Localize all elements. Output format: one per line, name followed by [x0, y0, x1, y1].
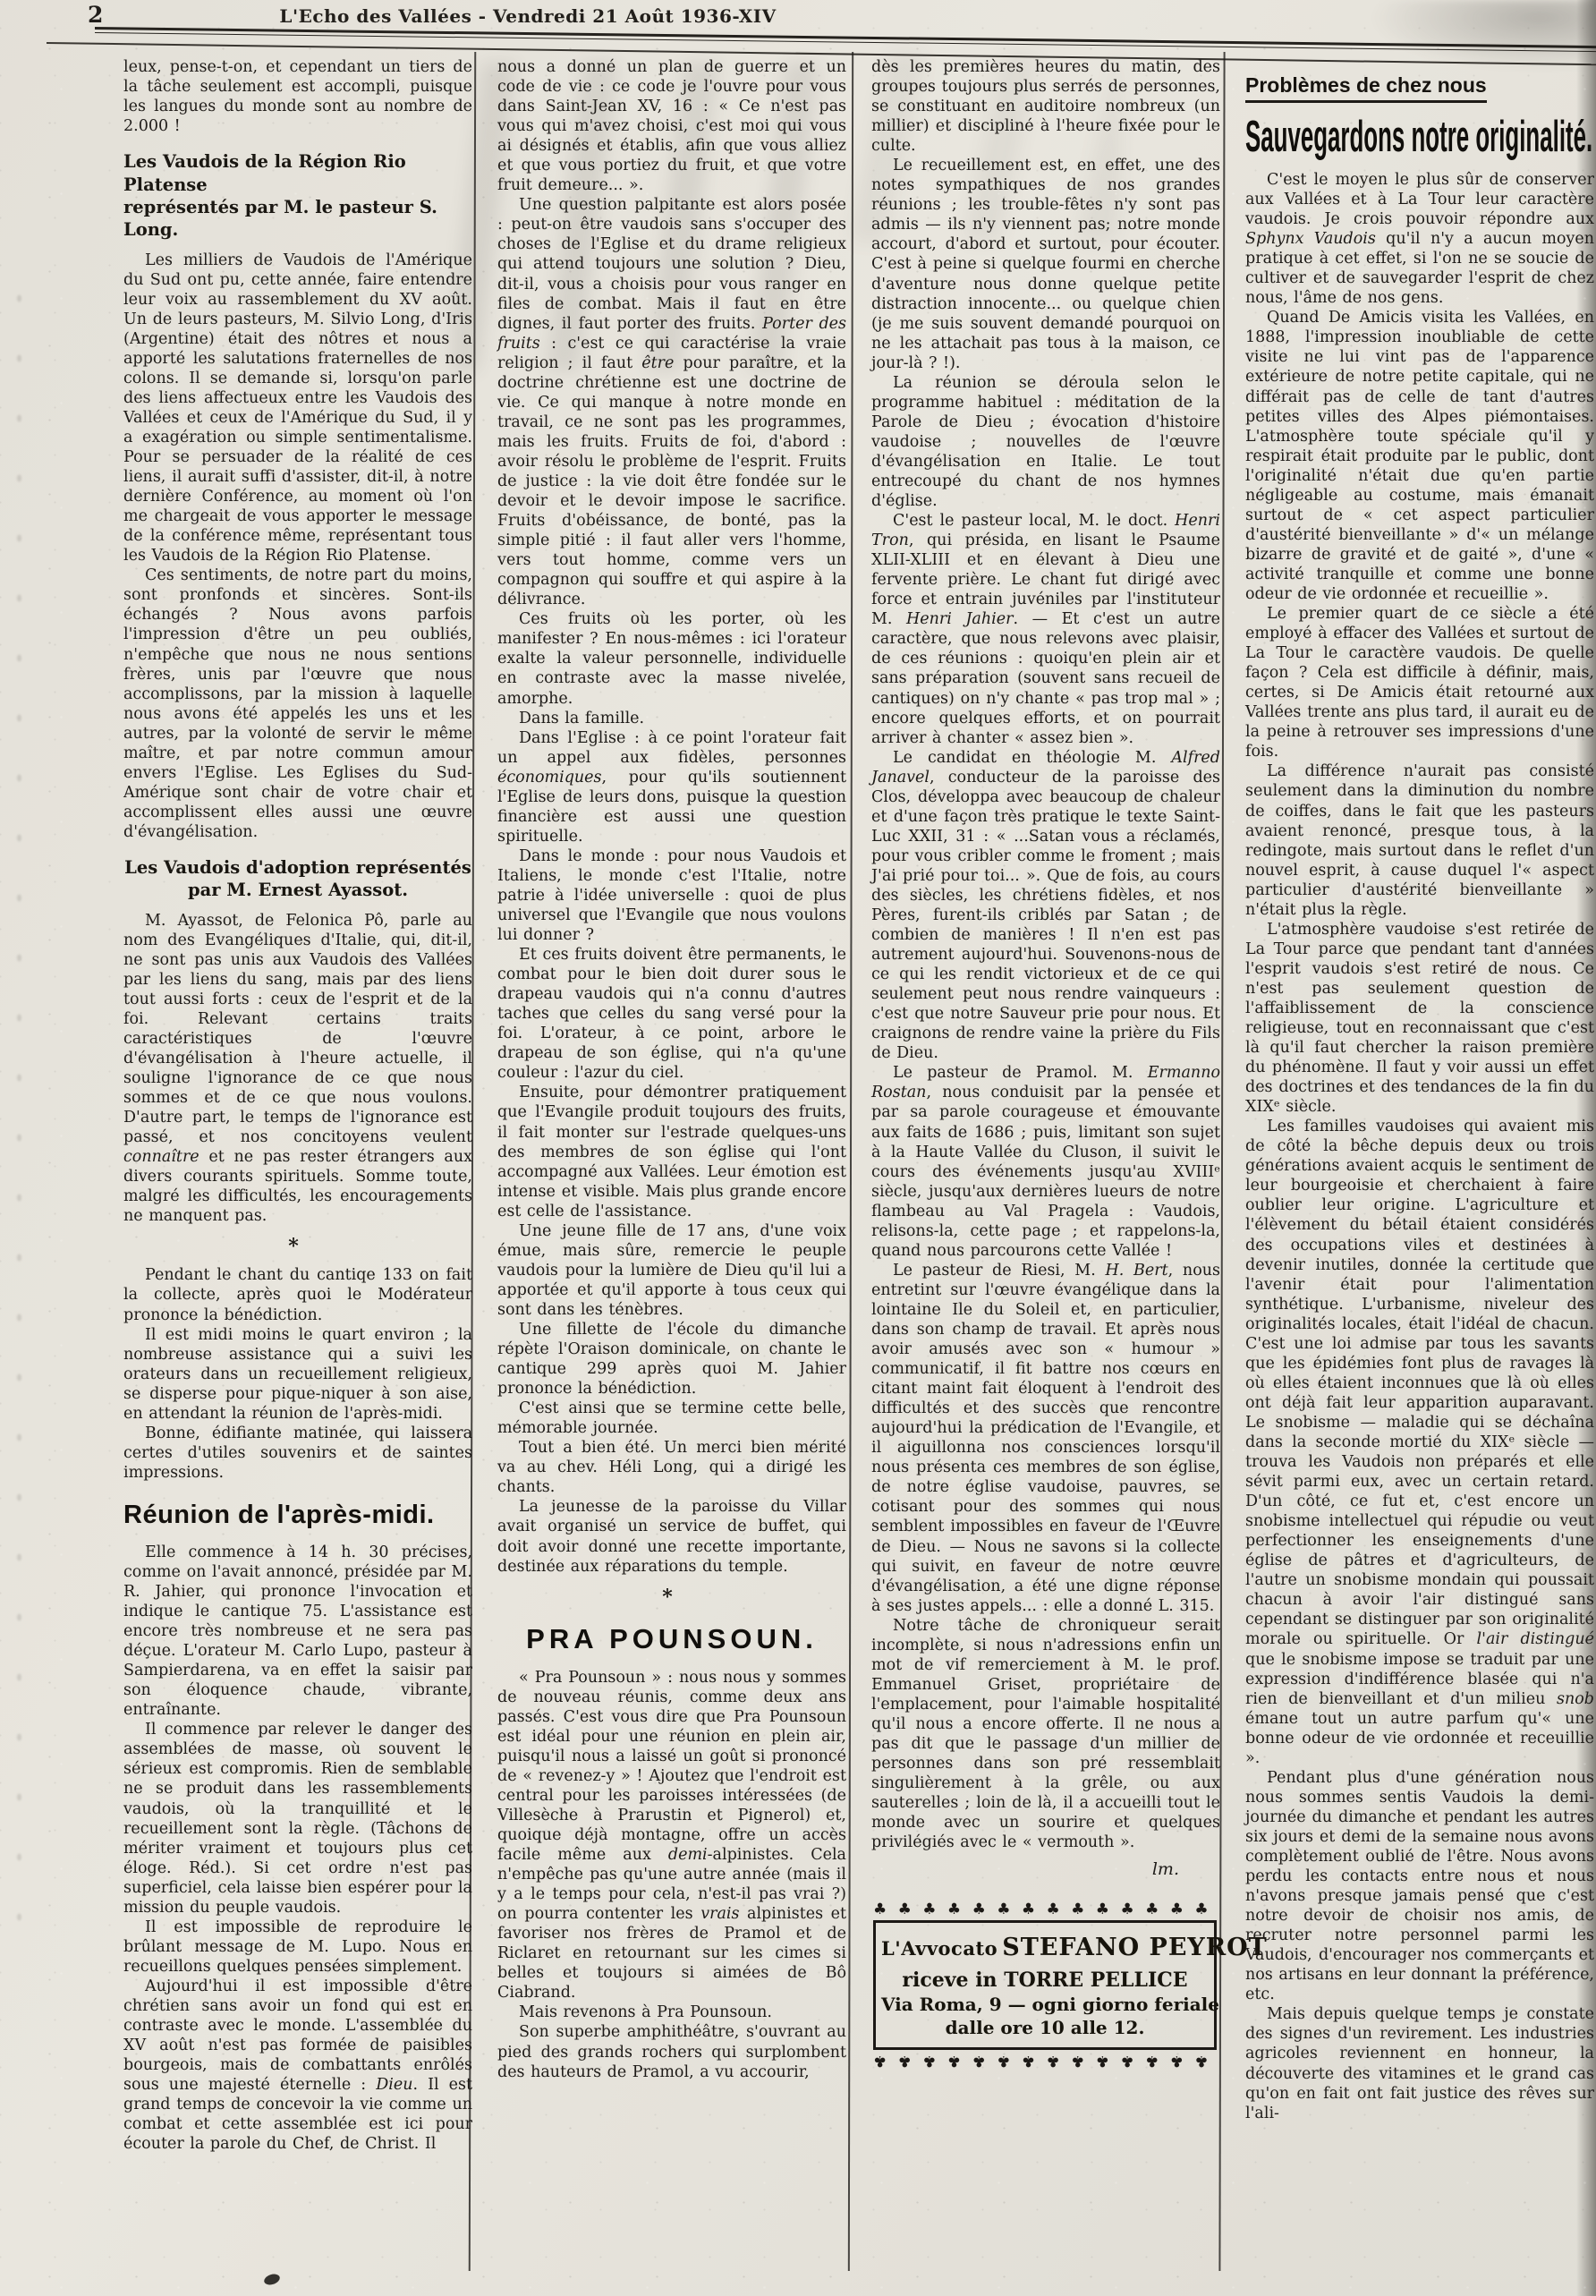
- paragraph: C'est le moyen le plus sûr de conserver …: [1245, 170, 1594, 308]
- section-heading: Les Vaudois de la Région Rio Platenserep…: [123, 150, 472, 241]
- paragraph: Les familles vaudoises qui avaient mis d…: [1245, 1117, 1594, 1768]
- paragraph: L'atmosphère vaudoise s'est retirée de L…: [1245, 920, 1594, 1117]
- paragraph: Mais revenons à Pra Pounsoun.: [497, 2003, 846, 2022]
- paragraph: Notre tâche de chroniqueur serait incomp…: [871, 1616, 1220, 1853]
- ad-title-name: STEFANO PEYROT: [1002, 1934, 1268, 1961]
- paragraph: Bonne, édifiante matinée, qui laissera c…: [123, 1424, 472, 1483]
- article-heading: Réunion de l'après-midi.: [123, 1501, 472, 1530]
- column-1: leux, pense-t-on, et cependant un tiers …: [123, 57, 472, 2154]
- paragraph: C'est ainsi que se termine cette belle, …: [497, 1399, 846, 1438]
- signature: lm.: [871, 1859, 1179, 1879]
- paragraph: leux, pense-t-on, et cependant un tiers …: [123, 57, 472, 136]
- paragraph: Tout a bien été. Un merci bien mérité va…: [497, 1438, 846, 1497]
- paragraph: dès les premières heures du matin, des g…: [871, 57, 1220, 156]
- column-2: nous a donné un plan de guerre et un cod…: [497, 57, 846, 2082]
- paragraph: Les milliers de Vaudois de l'Amérique du…: [123, 251, 472, 566]
- paragraph: Une question palpitante est alors posée …: [497, 195, 846, 609]
- paragraph: Le candidat en théologie M. Alfred Janav…: [871, 748, 1220, 1064]
- masthead-title: L'Echo des Vallées - Vendredi 21 Août 19…: [143, 5, 913, 27]
- stars-separator: *: [497, 1586, 846, 1609]
- ad-title: L'Avvocato STEFANO PEYROT: [881, 1934, 1209, 1961]
- paragraph: Elle commence à 14 h. 30 précises, comme…: [123, 1543, 472, 1720]
- paragraph: Aujourd'hui il est impossible d'être chr…: [123, 1977, 472, 2154]
- section-heading: Les Vaudois d'adoption représentéspar M.…: [123, 856, 472, 902]
- margin-speckle: [0, 268, 54, 1969]
- paragraph: Et ces fruits doivent être permanents, l…: [497, 945, 846, 1083]
- paragraph: La différence n'aurait pas consisté seul…: [1245, 761, 1594, 919]
- advertisement: ♣ ♣ ♣ ♣ ♣ ♣ ♣ ♣ ♣ ♣ ♣ ♣ ♣ ♣ ♣ ♣ ♣ ♣ ♣ L'…: [873, 1902, 1217, 2068]
- ad-line: dalle ore 10 alle 12.: [881, 2017, 1209, 2038]
- article-columns: leux, pense-t-on, et cependant un tiers …: [123, 57, 1591, 2154]
- paragraph: Il commence par relever le danger des as…: [123, 1720, 472, 1917]
- paragraph: Une fillette de l'école du dimanche répè…: [497, 1320, 846, 1399]
- paragraph: Ces sentiments, de notre part du moins, …: [123, 565, 472, 842]
- paragraph: Le pasteur de Pramol. M. Ermanno Rostan,…: [871, 1063, 1220, 1260]
- paragraph: « Pra Pounsoun » : nous nous y sommes de…: [497, 1668, 846, 2003]
- paragraph: Dans la famille.: [497, 709, 846, 728]
- ad-line: Via Roma, 9 — ogni giorno feriale: [881, 1994, 1209, 2015]
- column-4: Problèmes de chez nousSauvegardons notre…: [1245, 57, 1594, 2123]
- article-heading: PRA POUNSOUN.: [497, 1623, 846, 1655]
- paragraph: Le pasteur de Riesi, M. H. Bert, nous en…: [871, 1261, 1220, 1616]
- paragraph: Dans l'Eglise : à ce point l'orateur fai…: [497, 728, 846, 846]
- paragraph: Dans le monde : pour nous Vaudois et Ita…: [497, 846, 846, 945]
- paragraph: Ces fruits où les porter, où les manifes…: [497, 609, 846, 708]
- ad-ornament-row-icon: ♣ ♣ ♣ ♣ ♣ ♣ ♣ ♣ ♣ ♣ ♣ ♣ ♣ ♣ ♣ ♣ ♣ ♣ ♣: [873, 1902, 1217, 1918]
- paragraph: Il est midi moins le quart environ ; la …: [123, 1325, 472, 1424]
- paragraph: Il est impossible de reproduire le brûla…: [123, 1918, 472, 1977]
- ink-speck: [263, 2272, 282, 2286]
- paragraph: C'est le pasteur local, M. le doct. Henr…: [871, 511, 1220, 748]
- ad-ornament-row-icon: ♣ ♣ ♣ ♣ ♣ ♣ ♣ ♣ ♣ ♣ ♣ ♣ ♣ ♣ ♣ ♣ ♣ ♣ ♣: [873, 2053, 1217, 2068]
- kicker: Problèmes de chez nous: [1245, 73, 1594, 103]
- page-number: 2: [88, 2, 103, 28]
- ad-title-prefix: L'Avvocato: [881, 1937, 997, 1960]
- paragraph: La réunion se déroula selon le programme…: [871, 373, 1220, 511]
- paragraph: M. Ayassot, de Felonica Pô, parle au nom…: [123, 911, 472, 1227]
- paragraph: Pendant plus d'une génération nous nous …: [1245, 1768, 1594, 2005]
- paragraph: Une jeune fille de 17 ans, d'une voix ém…: [497, 1221, 846, 1320]
- paragraph: Le premier quart de ce siècle a été empl…: [1245, 604, 1594, 761]
- paragraph: nous a donné un plan de guerre et un cod…: [497, 57, 846, 195]
- paragraph: Pendant le chant du cantiqe 133 on fait …: [123, 1265, 472, 1324]
- column-3: dès les premières heures du matin, des g…: [871, 57, 1220, 2068]
- paragraph: Le recueillement est, en effet, une des …: [871, 156, 1220, 373]
- paragraph: Mais depuis quelque temps je constate de…: [1245, 2004, 1594, 2122]
- newspaper-page: 2 L'Echo des Vallées - Vendredi 21 Août …: [0, 0, 1596, 2296]
- stars-separator: *: [123, 1235, 472, 1258]
- paragraph: Son superbe amphithéâtre, s'ouvrant au p…: [497, 2022, 846, 2081]
- kicker-text: Problèmes de chez nous: [1245, 73, 1487, 103]
- paragraph: Ensuite, pour démontrer pratiquement que…: [497, 1083, 846, 1220]
- headline: Sauvegardons notre originalité.: [1245, 114, 1592, 158]
- ad-box: L'Avvocato STEFANO PEYROT riceve in TORR…: [873, 1920, 1217, 2050]
- paragraph: La jeunesse de la paroisse du Villar ava…: [497, 1497, 846, 1576]
- ad-line: riceve in TORRE PELLICE: [881, 1969, 1209, 1992]
- paragraph: Quand De Amicis visita les Vallées, en 1…: [1245, 308, 1594, 604]
